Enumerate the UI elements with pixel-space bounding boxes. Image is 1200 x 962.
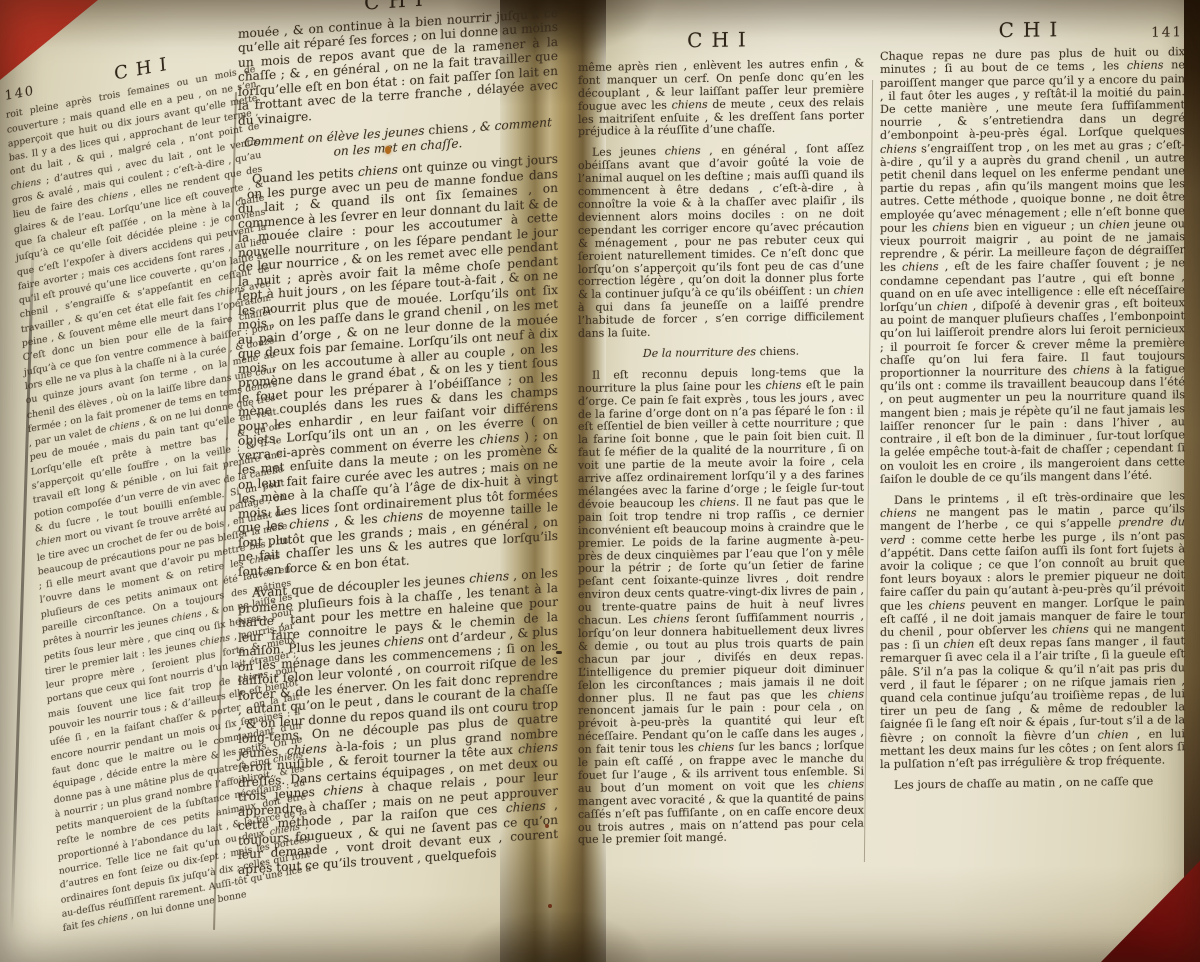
page-edge-right [1184,0,1200,962]
book-photo: 140 CHI roit pleine après trois ſemaines… [0,0,1200,962]
section-heading: De la nourriture des chiens. [582,345,860,362]
paragraph: Il eſt reconnu depuis long-tems que la n… [578,365,864,847]
ink-stain [385,146,391,154]
page-number-right: 141 [1151,26,1183,40]
paragraph: mouée , & on continue à la bien nourrir … [238,5,558,128]
paragraph: Chaque repas ne dure pas plus de huit ou… [880,45,1185,485]
ink-stain [548,904,552,908]
gutter-shadow-bottom [450,892,660,962]
paragraph: même après rien , enlèvent les autres en… [578,57,864,139]
right-page-column-2: CHI 141 Chaque repas ne dure pas plus de… [880,21,1185,792]
paragraph: Avant que de découpler les jeunes chiens… [238,566,558,877]
paragraph: Les jeunes chiens , en général , ſont aſ… [578,143,864,341]
paragraph: Quand les petits chiens ont quinze ou vi… [238,152,558,579]
page-number-left: 140 [4,84,35,104]
left-page-column-2: CHI mouée , & on continue à la bien nour… [238,0,558,877]
right-page-column-1: CHI même après rien , enlèvent les autre… [578,32,864,848]
ink-stain [556,651,562,654]
paragraph: Dans le printems , il eſt très-ordinaire… [880,489,1185,771]
ink-stain [545,824,549,828]
